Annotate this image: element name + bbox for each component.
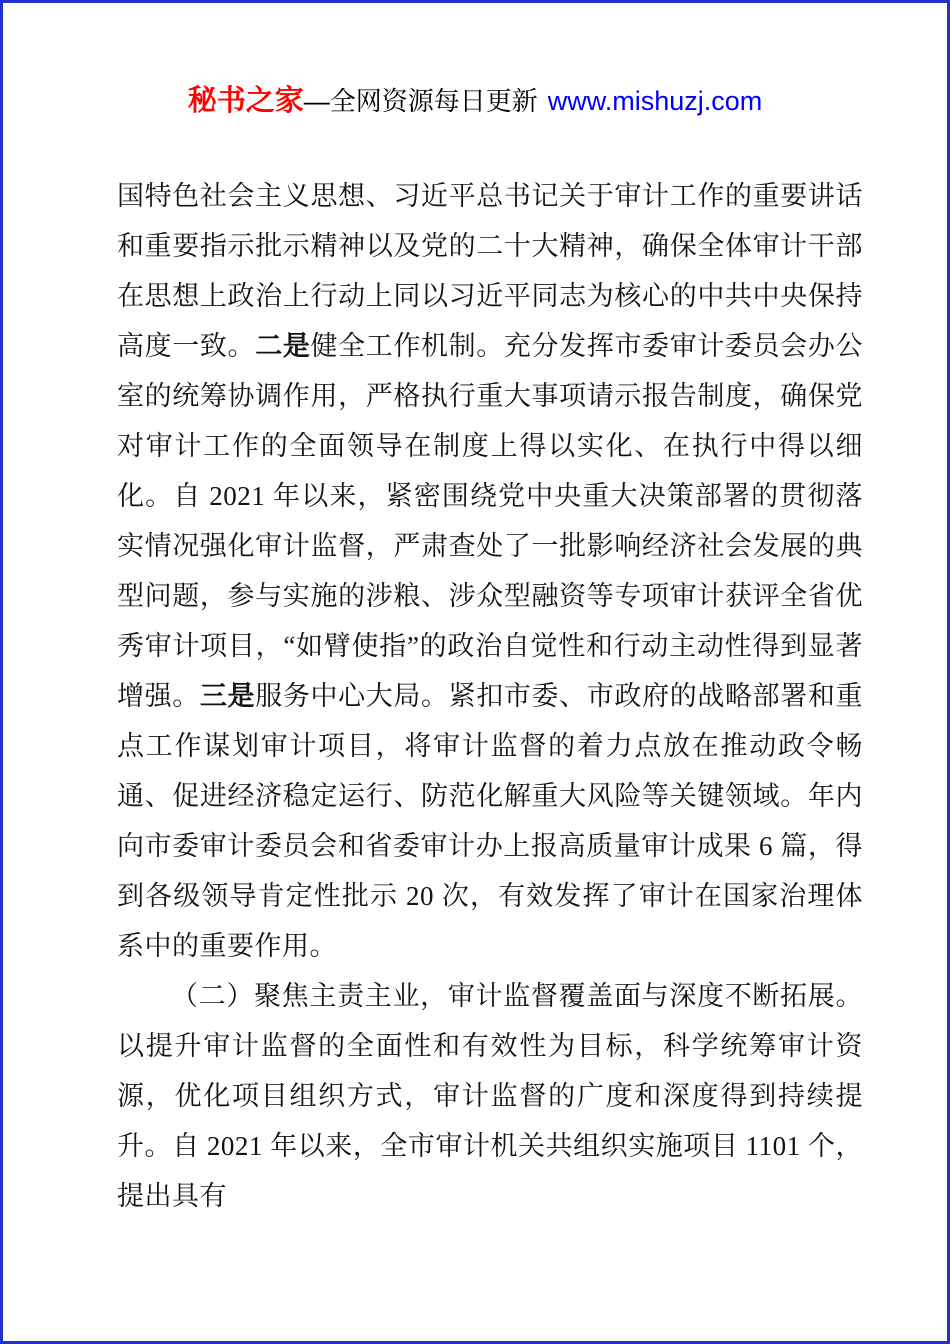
text-run: （二）聚焦主责主业，审计监督覆盖面与深度不断拓展。以提升审计监督的全面性和有效性… [117,981,863,1211]
text-run: 服务中心大局。紧扣市委、市政府的战略部署和重点工作谋划审计项目，将审计监督的着力… [117,681,863,961]
document-body: 国特色社会主义思想、习近平总书记关于审计工作的重要讲话和重要指示批示精神以及党的… [117,171,863,1221]
document-page: 秘书之家—全网资源每日更新www.mishuzj.com 国特色社会主义思想、习… [0,0,950,1344]
site-url-link[interactable]: www.mishuzj.com [548,86,763,116]
text-run-bold-sanshi: 三是 [200,681,255,711]
header-tagline: 全网资源每日更新 [330,86,538,116]
paragraph-continued: 国特色社会主义思想、习近平总书记关于审计工作的重要讲话和重要指示批示精神以及党的… [117,171,863,971]
paragraph-section-two: （二）聚焦主责主业，审计监督覆盖面与深度不断拓展。以提升审计监督的全面性和有效性… [117,971,863,1221]
site-header: 秘书之家—全网资源每日更新www.mishuzj.com [0,84,950,118]
header-separator-dash: — [304,86,330,116]
text-run-bold-erskhi: 二是 [255,331,310,361]
site-brand: 秘书之家 [188,85,304,117]
text-run: 健全工作机制。充分发挥市委审计委员会办公室的统筹协调作用，严格执行重大事项请示报… [117,331,863,711]
